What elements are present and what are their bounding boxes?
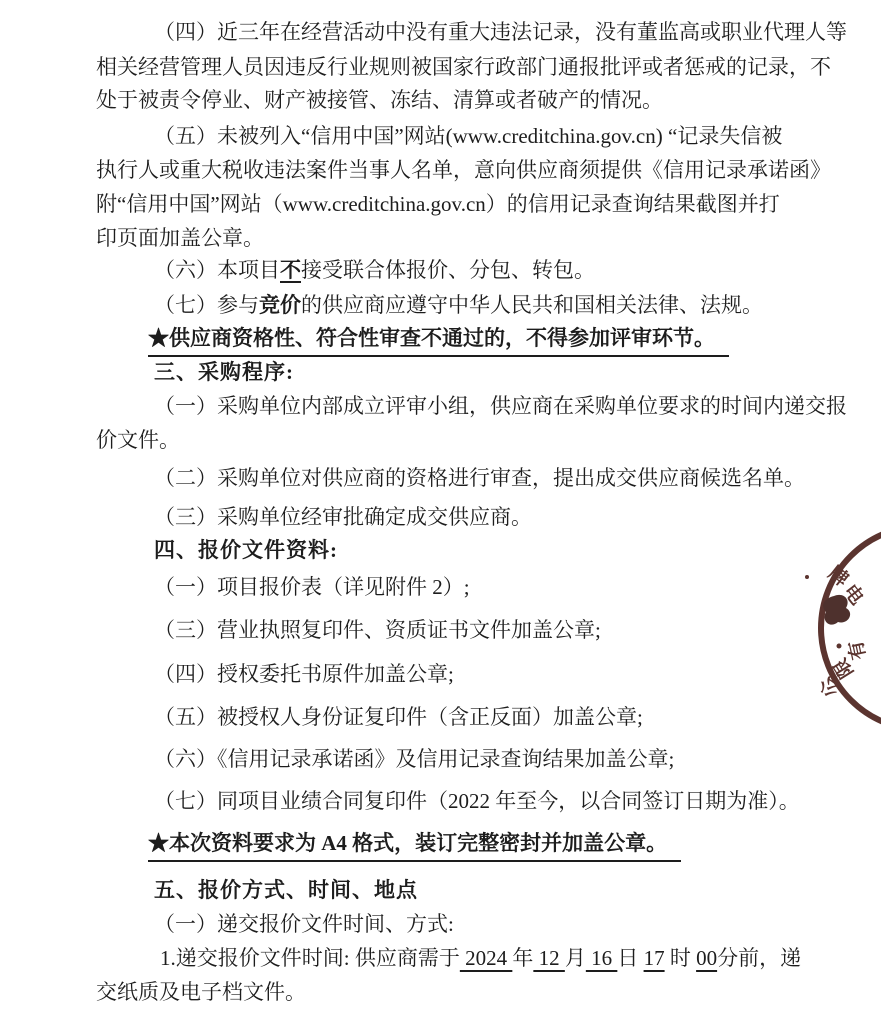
doc-line: ★本次资料要求为 A4 格式，装订完整密封并加盖公章。 [96, 828, 854, 858]
doc-line: 价文件。 [96, 425, 802, 455]
line-text: 相关经营管理人员因违反行业规则被国家行政部门通报批评或者惩戒的记录，不 [96, 55, 831, 79]
doc-line: （六）《信用记录承诺函》及信用记录查询结果加盖公章; [96, 744, 860, 774]
line-text: 月 [565, 946, 586, 970]
heading-text: 三、采购程序: [154, 360, 294, 384]
line-text: （一）项目报价表（详见附件 2）; [154, 575, 470, 599]
line-text: 日 [617, 946, 643, 970]
doc-line: （七）同项目业绩合同复印件（2022 年至今，以合同签订日期为准）。 [96, 786, 860, 816]
important-note: ★本次资料要求为 A4 格式，装订完整密封并加盖公章。 [148, 828, 681, 862]
section-heading: 四、报价文件资料: [96, 535, 860, 565]
important-note: ★供应商资格性、符合性审查不通过的，不得参加评审环节。 [148, 323, 729, 357]
line-text: 的供应商应遵守中华人民共和国相关法律、法规。 [301, 293, 763, 317]
doc-line: 印页面加盖公章。 [96, 223, 802, 253]
doc-line: （六）本项目不接受联合体报价、分包、转包。 [96, 255, 860, 285]
line-text: （七）同项目业绩合同复印件（2022 年至今，以合同签订日期为准）。 [154, 789, 800, 813]
doc-line: 相关经营管理人员因违反行业规则被国家行政部门通报批评或者惩戒的记录，不 [96, 52, 802, 82]
doc-line: （一）采购单位内部成立评审小组，供应商在采购单位要求的时间内递交报 [96, 391, 860, 421]
filled-blank-day: 16 [586, 946, 618, 970]
doc-line: 处于被责令停业、财产被接管、冻结、清算或者破产的情况。 [96, 85, 802, 115]
line-text: 1.递交报价文件时间: 供应商需于 [160, 946, 460, 970]
doc-line: 1.递交报价文件时间: 供应商需于 2024 年 12 月 16 日 17 时 … [96, 943, 866, 973]
line-text: （一）采购单位内部成立评审小组，供应商在采购单位要求的时间内递交报 [154, 394, 847, 418]
doc-line: 附“信用中国”网站（www.creditchina.gov.cn）的信用记录查询… [96, 189, 802, 219]
doc-line: （二）采购单位对供应商的资格进行审查，提出成交供应商候选名单。 [96, 463, 860, 493]
line-text: 交纸质及电子档文件。 [96, 980, 306, 1004]
doc-line: （一）项目报价表（详见附件 2）; [96, 572, 860, 602]
doc-line: （一）递交报价文件时间、方式: [96, 909, 860, 939]
doc-line: ★供应商资格性、符合性审查不通过的，不得参加评审环节。 [96, 323, 854, 353]
filled-blank-hour: 17 [644, 946, 665, 970]
filled-blank-month: 12 [533, 946, 565, 970]
emphasized-text: 竞价 [259, 293, 301, 317]
filled-blank-minute: 00 [696, 946, 717, 970]
doc-line: （四）近三年在经营活动中没有重大违法记录，没有董监高或职业代理人等 [96, 17, 860, 47]
line-text: 分前，递 [717, 946, 801, 970]
filled-blank-year: 2024 [460, 946, 513, 970]
line-text: （三）采购单位经审批确定成交供应商。 [154, 505, 532, 529]
line-text: 印页面加盖公章。 [96, 226, 264, 250]
doc-line: （三）营业执照复印件、资质证书文件加盖公章; [96, 615, 860, 645]
company-seal: 牌 电 有 限 公 [790, 530, 881, 745]
doc-line: （四）授权委托书原件加盖公章; [96, 659, 860, 689]
doc-line: 执行人或重大税收违法案件当事人名单，意向供应商须提供《信用记录承诺函》 [96, 155, 802, 185]
line-text: （四）授权委托书原件加盖公章; [154, 662, 454, 686]
line-text: 接受联合体报价、分包、转包。 [301, 258, 595, 282]
doc-line: 交纸质及电子档文件。 [96, 977, 802, 1007]
doc-line: （五）未被列入“信用中国”网站(www.creditchina.gov.cn) … [96, 121, 860, 151]
line-text: （六）本项目 [154, 258, 280, 282]
section-heading: 五、报价方式、时间、地点 [96, 875, 860, 905]
line-text: 处于被责令停业、财产被接管、冻结、清算或者破产的情况。 [96, 88, 663, 112]
line-text: （四）近三年在经营活动中没有重大违法记录，没有董监高或职业代理人等 [154, 20, 847, 44]
heading-text: 四、报价文件资料: [154, 538, 338, 562]
doc-line: （五）被授权人身份证复印件（含正反面）加盖公章; [96, 702, 860, 732]
seal-mark [805, 575, 809, 579]
line-text: 时 [665, 946, 697, 970]
line-text: （二）采购单位对供应商的资格进行审查，提出成交供应商候选名单。 [154, 466, 805, 490]
line-text: （六）《信用记录承诺函》及信用记录查询结果加盖公章; [154, 747, 674, 771]
line-text: 执行人或重大税收违法案件当事人名单，意向供应商须提供《信用记录承诺函》 [96, 158, 831, 182]
doc-line: （七）参与竞价的供应商应遵守中华人民共和国相关法律、法规。 [96, 290, 860, 320]
line-text: 价文件。 [96, 428, 180, 452]
emphasized-text: 不 [280, 258, 301, 282]
line-text: （三）营业执照复印件、资质证书文件加盖公章; [154, 618, 601, 642]
line-text: （五）未被列入“信用中国”网站(www.creditchina.gov.cn) … [154, 124, 782, 148]
line-text: （七）参与 [154, 293, 259, 317]
doc-line: （三）采购单位经审批确定成交供应商。 [96, 502, 860, 532]
heading-text: 五、报价方式、时间、地点 [154, 878, 418, 902]
line-text: 附“信用中国”网站（www.creditchina.gov.cn）的信用记录查询… [96, 192, 780, 216]
line-text: （五）被授权人身份证复印件（含正反面）加盖公章; [154, 705, 643, 729]
line-text: （一）递交报价文件时间、方式: [154, 912, 454, 936]
section-heading: 三、采购程序: [96, 357, 860, 387]
line-text: 年 [512, 946, 533, 970]
seal-mark [837, 644, 842, 649]
seal-smudge [823, 595, 850, 625]
document-page: （四）近三年在经营活动中没有重大违法记录，没有董监高或职业代理人等 相关经营管理… [0, 0, 881, 1019]
